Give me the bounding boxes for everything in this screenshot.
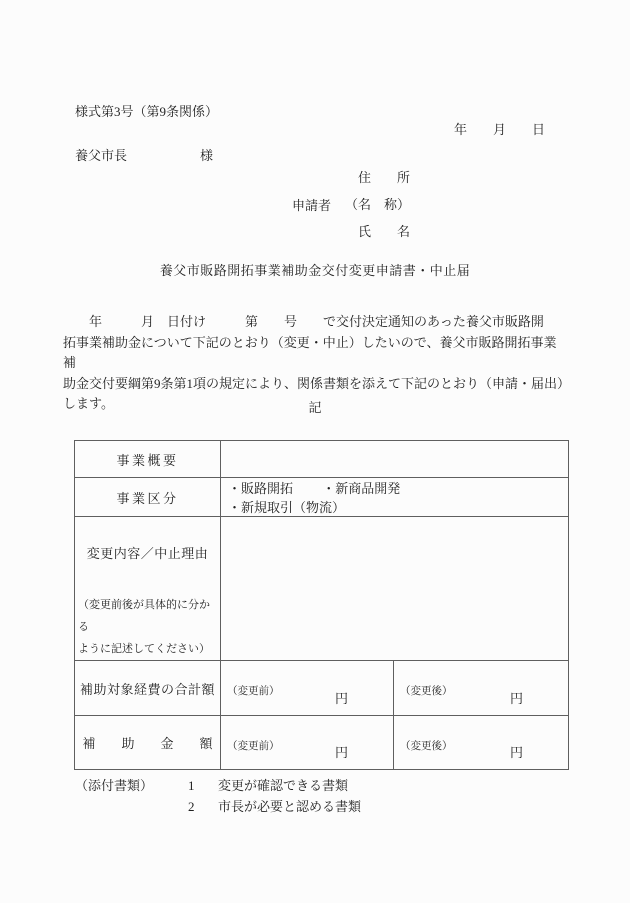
- change-reason-note-line: ように記述してください）: [78, 638, 220, 660]
- date-line: 年 月 日: [454, 119, 545, 138]
- application-form-table: 事業概要 事業区分 ・販路開拓 ・新商品開発 ・新規取引（物流） 変更内容／中止…: [74, 440, 569, 770]
- attachments-label: （添付書類）: [75, 775, 188, 796]
- after-change-tag: （変更後）: [394, 678, 568, 698]
- change-reason-note: （変更前後が具体的に分かる ように記述してください）: [75, 594, 220, 660]
- business-summary-value-cell: [221, 441, 569, 478]
- change-reason-label: 変更内容／中止理由: [75, 543, 220, 562]
- subsidy-amount-before-cell: （変更前） 円: [221, 716, 394, 770]
- business-category-label: 事業区分: [75, 478, 221, 517]
- yen-unit: 円: [335, 688, 348, 707]
- applicant-address-field: 住 所: [358, 164, 410, 191]
- before-change-tag: （変更前）: [221, 678, 393, 698]
- table-row-change-reason: 変更内容／中止理由 （変更前後が具体的に分かる ように記述してください）: [75, 517, 569, 661]
- attachment-item-number: 1: [188, 775, 218, 796]
- option-new-transaction-logistics: ・新規取引（物流）: [228, 500, 345, 515]
- change-reason-label-cell: 変更内容／中止理由 （変更前後が具体的に分かる ように記述してください）: [75, 517, 221, 661]
- applicant-name-field: 氏 名: [358, 218, 410, 245]
- option-sales-channel-development: ・販路開拓: [228, 481, 293, 496]
- document-page: 様式第3号（第9条関係） 年 月 日 養父市長 様 申請者 住 所 （名 称） …: [0, 0, 630, 903]
- total-expenses-label: 補助対象経費の合計額: [75, 661, 221, 716]
- attachments-label-spacer: [75, 796, 188, 817]
- document-title: 養父市販路開拓事業補助金交付変更申請書・中止届: [0, 260, 630, 279]
- table-row-business-category: 事業区分 ・販路開拓 ・新商品開発 ・新規取引（物流）: [75, 478, 569, 517]
- addressee-name: 養父市長: [75, 145, 127, 164]
- business-summary-label: 事業概要: [75, 441, 221, 478]
- attachment-item-number: 2: [188, 796, 218, 817]
- subsidy-amount-label: 補 助 金 額: [75, 716, 221, 770]
- form-number: 様式第3号（第9条関係）: [75, 101, 218, 120]
- business-category-options: ・販路開拓 ・新商品開発 ・新規取引（物流）: [221, 478, 569, 517]
- change-reason-note-line: （変更前後が具体的に分かる: [78, 594, 220, 638]
- intro-line: 助金交付要綱第9条第1項の規定により、関係書類を添えて下記のとおり（申請・届出）: [63, 374, 569, 395]
- yen-unit: 円: [335, 742, 348, 761]
- total-expenses-before-cell: （変更前） 円: [221, 661, 394, 716]
- before-change-tag: （変更前）: [221, 733, 393, 753]
- attachments-section: （添付書類） 1 変更が確認できる書類 2 市長が必要と認める書類: [75, 775, 361, 817]
- attachment-item-text: 変更が確認できる書類: [218, 775, 361, 796]
- applicant-block: 申請者 住 所 （名 称） 氏 名: [292, 164, 410, 245]
- applicant-fields: 住 所 （名 称） 氏 名: [358, 164, 410, 245]
- table-row-business-summary: 事業概要: [75, 441, 569, 478]
- applicant-label: 申請者: [292, 195, 331, 214]
- applicant-organization-field: （名 称）: [345, 191, 410, 218]
- subsidy-amount-after-cell: （変更後） 円: [394, 716, 569, 770]
- change-reason-value-cell: [221, 517, 569, 661]
- intro-line: 拓事業補助金について下記のとおり（変更・中止）したいので、養父市販路開拓事業補: [63, 333, 569, 374]
- addressee-honorific: 様: [200, 145, 213, 164]
- attachment-item-text: 市長が必要と認める書類: [218, 796, 361, 817]
- after-change-tag: （変更後）: [394, 733, 568, 753]
- table-row-total-eligible-expenses: 補助対象経費の合計額 （変更前） 円 （変更後） 円: [75, 661, 569, 716]
- table-row-subsidy-amount: 補 助 金 額 （変更前） 円 （変更後） 円: [75, 716, 569, 770]
- option-new-product-development: ・新商品開発: [322, 481, 400, 496]
- total-expenses-after-cell: （変更後） 円: [394, 661, 569, 716]
- yen-unit: 円: [510, 688, 523, 707]
- ki-heading: 記: [0, 397, 630, 416]
- intro-line: 年 月 日付け 第 号 で交付決定通知のあった養父市販路開: [63, 312, 569, 333]
- addressee-line: 養父市長 様: [75, 145, 213, 164]
- yen-unit: 円: [510, 742, 523, 761]
